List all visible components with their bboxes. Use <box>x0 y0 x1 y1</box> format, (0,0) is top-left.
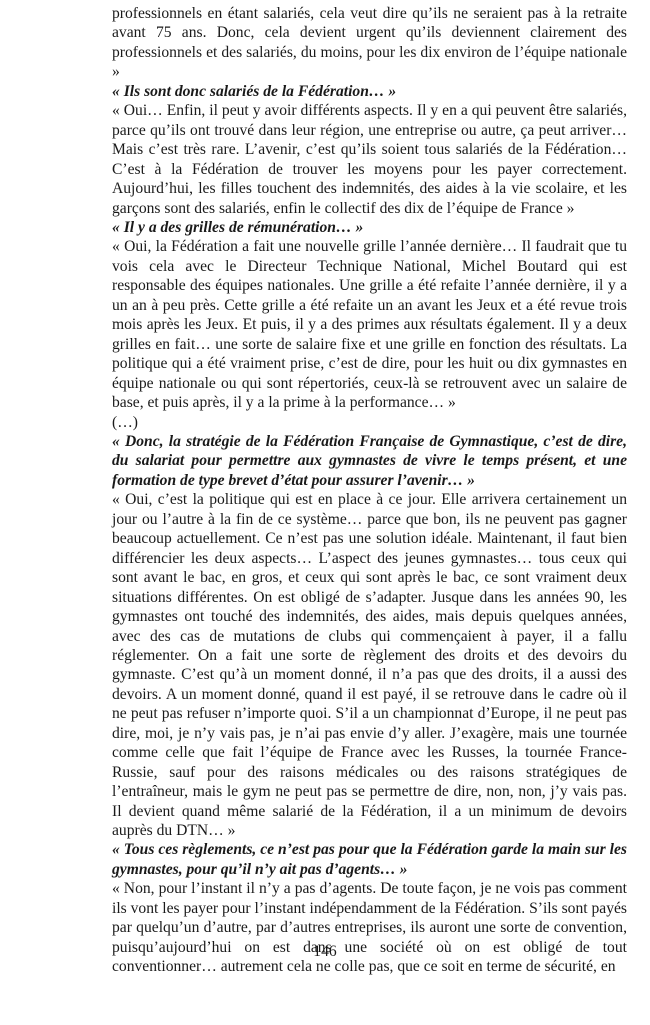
page-body: professionnels en étant salariés, cela v… <box>112 4 627 977</box>
paragraph-answer-1: professionnels en étant salariés, cela v… <box>112 4 627 82</box>
page-number: 146 <box>0 943 650 961</box>
paragraph-answer-2: « Oui… Enfin, il peut y avoir différents… <box>112 101 627 218</box>
question-3: « Donc, la stratégie de la Fédération Fr… <box>112 432 627 490</box>
ellipsis-marker: (…) <box>112 413 627 432</box>
paragraph-answer-5: « Non, pour l’instant il n’y a pas d’age… <box>112 879 627 976</box>
question-4: « Tous ces règlements, ce n’est pas pour… <box>112 840 627 879</box>
question-2: « Il y a des grilles de rémunération… » <box>112 218 627 237</box>
paragraph-answer-3: « Oui, la Fédération a fait une nouvelle… <box>112 237 627 412</box>
question-1: « Ils sont donc salariés de la Fédératio… <box>112 82 627 101</box>
paragraph-answer-4: « Oui, c’est la politique qui est en pla… <box>112 490 627 840</box>
